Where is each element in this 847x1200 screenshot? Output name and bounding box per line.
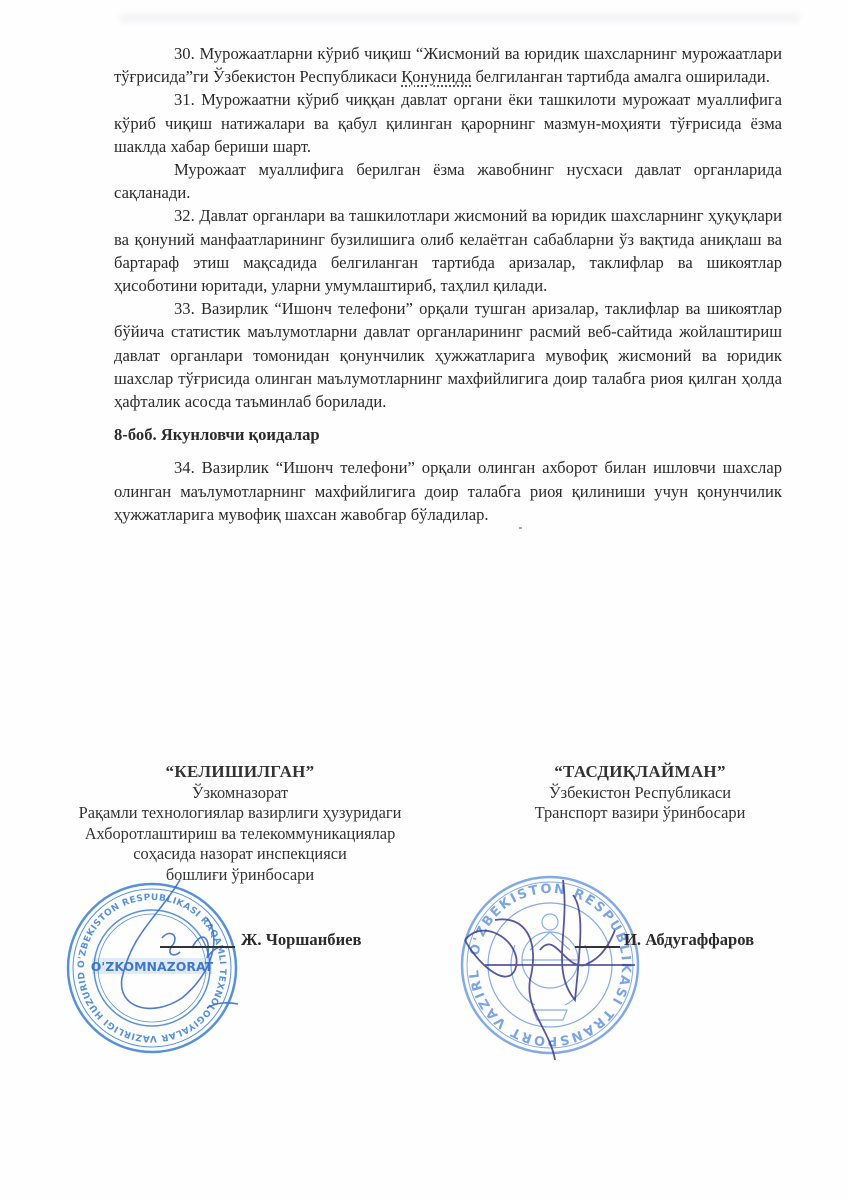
agreed-line-2: Рақамли технологиялар вазирлиги ҳузурида… xyxy=(30,803,450,824)
paragraph-number: 31. xyxy=(174,90,195,109)
chapter-title: 8-боб. Якунловчи қоидалар xyxy=(114,423,782,446)
paragraph-text: Вазирлик “Ишонч телефони” орқали олинган… xyxy=(114,458,782,523)
signer-name-left: Ж. Чоршанбиев xyxy=(241,930,361,950)
uzkomnazorat-stamp-icon: O'ZBEKISTON RESPUBLIKASI RAQAMLI TEXNOLO… xyxy=(62,878,242,1058)
paragraph-text: Вазирлик “Ишонч телефони” орқали тушган … xyxy=(114,299,782,411)
signer-name-right: И. Абдугаффаров xyxy=(624,930,754,950)
signature-line-left xyxy=(160,946,235,948)
paragraph-31-note: Мурожаат муаллифига берилган ёзма жавобн… xyxy=(114,158,782,204)
scan-speck xyxy=(519,527,522,529)
paragraph-34: 34. Вазирлик “Ишонч телефони” орқали оли… xyxy=(114,456,782,526)
paragraph-text: Давлат органлари ва ташкилотлари жисмони… xyxy=(114,206,782,295)
paragraph-33: 33. Вазирлик “Ишонч телефони” орқали туш… xyxy=(114,297,782,413)
paragraph-text: Мурожаатни кўриб чиққан давлат органи ёк… xyxy=(114,90,782,155)
paragraph-number: 33. xyxy=(174,299,195,318)
law-link[interactable]: Қонунида xyxy=(401,67,471,86)
paragraph-number: 30. xyxy=(174,44,195,63)
agreed-line-1: Ўзкомназорат xyxy=(30,783,450,804)
paragraph-32: 32. Давлат органлари ва ташкилотлари жис… xyxy=(114,204,782,297)
paragraph-number: 32. xyxy=(174,206,195,225)
agreed-line-4: соҳасида назорат инспекцияси xyxy=(30,844,450,865)
agreed-heading: “КЕЛИШИЛГАН” xyxy=(30,762,450,783)
approved-line-1: Ўзбекистон Республикаси xyxy=(470,783,810,804)
svg-text:O'ZKOMNAZORAT: O'ZKOMNAZORAT xyxy=(91,959,214,974)
signature-line-right xyxy=(575,946,620,948)
bleed-through-text xyxy=(120,14,800,22)
paragraph-31: 31. Мурожаатни кўриб чиққан давлат орган… xyxy=(114,88,782,158)
transport-ministry-stamp-icon: O'ZBEKISTON RESPUBLIKASI TRANSPORT VAZIR… xyxy=(455,870,645,1060)
paragraph-number: 34. xyxy=(174,458,195,477)
approval-block-approved: “ТАСДИҚЛАЙМАН” Ўзбекистон Республикаси Т… xyxy=(470,762,810,824)
approval-block-agreed: “КЕЛИШИЛГАН” Ўзкомназорат Рақамли технол… xyxy=(30,762,450,885)
agreed-line-3: Ахборотлаштириш ва телекоммуникациялар xyxy=(30,824,450,845)
paragraph-30: 30. Мурожаатларни кўриб чиқиш “Жисмоний … xyxy=(114,42,782,88)
approved-heading: “ТАСДИҚЛАЙМАН” xyxy=(470,762,810,783)
document-body: 30. Мурожаатларни кўриб чиқиш “Жисмоний … xyxy=(114,22,782,526)
paragraph-text: Мурожаат муаллифига берилган ёзма жавобн… xyxy=(114,160,782,202)
approved-line-2: Транспорт вазири ўринбосари xyxy=(470,803,810,824)
paragraph-text: белгиланган тартибда амалга оширилади. xyxy=(471,67,770,86)
